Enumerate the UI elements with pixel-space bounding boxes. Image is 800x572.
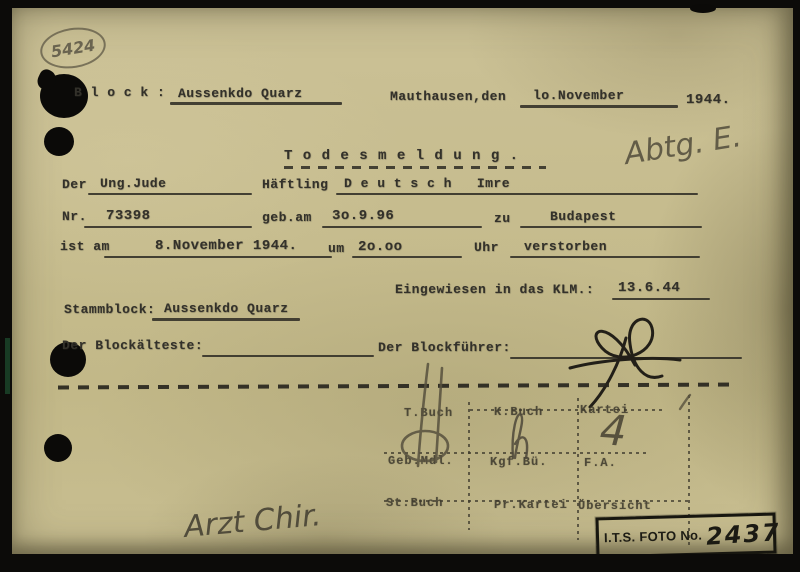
um-label: um [328,241,345,256]
name-underline [336,193,698,195]
stammblock-underline [152,318,300,321]
scanned-document: 5424 B l o c k : Aussenkdo Quarz Mauthau… [0,0,800,572]
document-paper: 5424 B l o c k : Aussenkdo Quarz Mauthau… [12,8,793,554]
death-date-underline [104,256,332,258]
nr-value: 73398 [106,208,151,224]
form-title-underline [284,166,546,169]
file-number: 5424 [50,35,97,61]
arzt-annotation: Arzt Chir. [183,498,323,545]
zu-underline [520,226,702,228]
stamp-cell: F.A. [584,456,617,470]
scan-artifact [5,338,10,394]
its-stamp-number: 2437 [705,518,781,551]
blockfuehrer-label: Der Blockführer: [378,340,511,355]
name-value: D e u t s c h Imre [344,176,510,191]
haftling-label: Häftling [262,177,328,192]
stamp-cell: St.Buch [386,496,443,510]
date-value: lo.November [533,88,624,103]
stammblock-label: Stammblock: [64,302,155,317]
pencil-check-tbuch [392,362,462,477]
ist-am-label: ist am [60,239,110,254]
pencil-tick [678,393,692,411]
blockaelteste-underline [202,355,374,357]
year-value: 1944. [686,92,731,108]
punch-hole [44,434,72,462]
block-underline [170,102,342,105]
nr-label: Nr. [62,209,87,224]
uhr-label: Uhr [474,240,499,255]
der-label: Der [62,177,87,192]
geb-label: geb.am [262,210,312,225]
nr-underline [84,226,252,228]
stamp-grid-line [577,398,579,540]
file-number-circle: 5424 [37,23,108,73]
klm-value: 13.6.44 [618,280,680,296]
stamp-cell: Pr.Kartei [494,498,568,512]
stamp-cell: Übersicht [578,499,652,513]
its-foto-stamp: I.T.S. FOTO No. 2437 [595,512,776,554]
scan-artifact [690,4,716,13]
abtg-annotation: Abtg. E. [622,119,744,172]
status-value: verstorben [524,239,607,254]
pencil-check-kbuch [500,404,540,466]
prisoner-type-underline [88,193,252,195]
zu-label: zu [494,211,511,226]
blockfuehrer-signature [540,310,700,410]
block-value: Aussenkdo Quarz [178,86,303,101]
date-underline [520,105,678,108]
stamp-grid-line [468,402,470,530]
blockaelteste-label: Der Blockälteste: [62,338,203,353]
geb-underline [322,226,482,228]
stammblock-value: Aussenkdo Quarz [164,301,289,316]
klm-underline [612,298,710,300]
death-date-value: 8.November 1944. [155,238,297,254]
geb-value: 3o.9.96 [332,208,394,224]
prisoner-type-value: Ung.Jude [100,176,166,191]
klm-label: Eingewiesen in das KLM.: [395,282,594,297]
block-label: B l o c k : [74,85,165,100]
zu-value: Budapest [550,209,616,224]
place-date-label: Mauthausen,den [390,89,506,104]
status-underline [510,256,700,258]
time-value: 2o.oo [358,239,403,255]
pencil-tally-kartei: 4 [598,405,628,456]
its-stamp-label: I.T.S. FOTO No. [604,528,703,546]
form-title: T o d e s m e l d u n g . [284,148,519,164]
time-underline [352,256,462,258]
punch-hole [44,127,74,156]
